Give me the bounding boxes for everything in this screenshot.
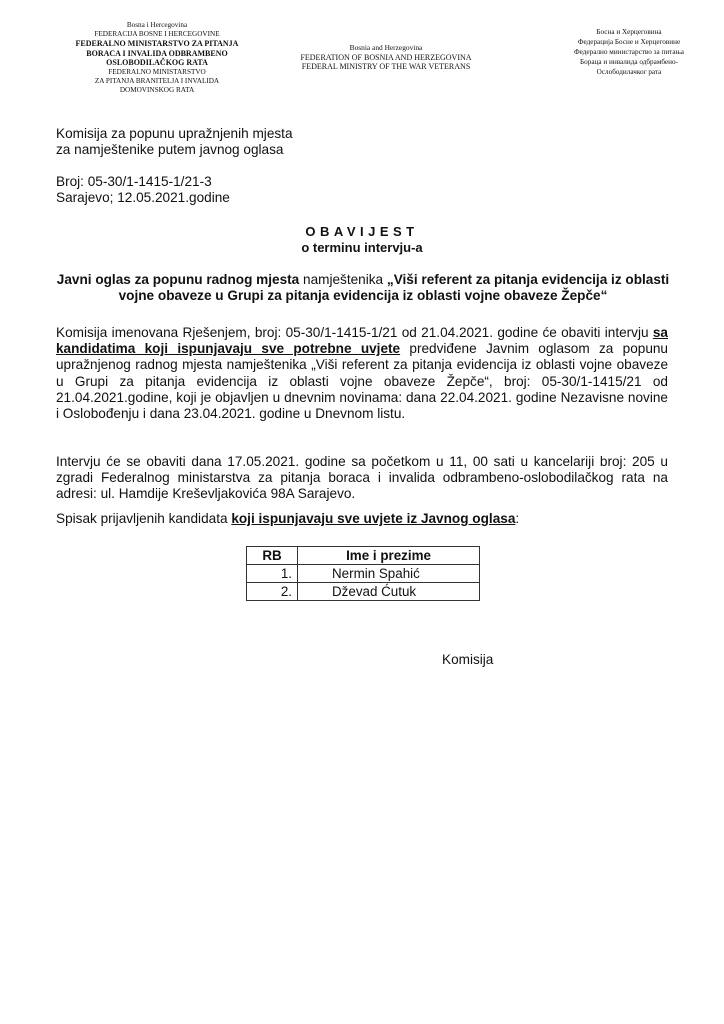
reference-block: Broj: 05-30/1-1415-1/21-3 Sarajevo; 12.0… bbox=[56, 174, 230, 206]
paragraph-announcement: Komisija imenovana Rješenjem, broj: 05-3… bbox=[56, 325, 668, 422]
committee-line: za namještenike putem javnog oglasa bbox=[56, 142, 293, 158]
title-sub: o terminu intervju-a bbox=[0, 240, 724, 256]
paragraph-text: : bbox=[515, 511, 519, 526]
signature: Komisija bbox=[442, 652, 493, 667]
committee-name: Komisija za popunu upražnjenih mjesta za… bbox=[56, 126, 293, 158]
letterhead-line: OSLOBODILAČKOG RATA bbox=[52, 58, 262, 68]
letterhead-right: Босна и Херцеговина Федерација Босне и Х… bbox=[548, 27, 710, 77]
place-date: Sarajevo; 12.05.2021.godine bbox=[56, 190, 230, 206]
cell-rb: 2. bbox=[247, 583, 298, 601]
letterhead-line: Федерално министарство за питања bbox=[548, 47, 710, 57]
subject-bold: Javni oglas za popunu radnog mjesta bbox=[57, 272, 299, 287]
paragraph-text: Spisak prijavljenih kandidata bbox=[56, 511, 231, 526]
letterhead-line: BORACA I INVALIDA ODBRAMBENO bbox=[52, 49, 262, 59]
table-row: 2. Dževad Ćutuk bbox=[247, 583, 480, 601]
letterhead-line: Босна и Херцеговина bbox=[548, 27, 710, 37]
letterhead-line: Bosna i Hercegovina bbox=[52, 21, 262, 30]
subject-plain: namještenika bbox=[299, 272, 387, 287]
title-main: OBAVIJEST bbox=[0, 224, 724, 240]
letterhead-line: FEDERACIJA BOSNE I HERCEGOVINE bbox=[52, 30, 262, 39]
paragraph-text: Komisija imenovana Rješenjem, broj: 05-3… bbox=[56, 325, 653, 340]
letterhead-line: FEDERALNO MINISTARSTVO bbox=[52, 68, 262, 77]
letterhead-line: FEDERATION OF BOSNIA AND HERZEGOVINA bbox=[276, 53, 496, 63]
column-header-name: Ime i prezime bbox=[298, 547, 480, 565]
paragraph-candidate-list-intro: Spisak prijavljenih kandidata koji ispun… bbox=[56, 511, 668, 527]
letterhead-line: Ослободилачког рата bbox=[548, 67, 710, 77]
reference-number: Broj: 05-30/1-1415-1/21-3 bbox=[56, 174, 230, 190]
letterhead-line: FEDERAL MINISTRY OF THE WAR VETERANS bbox=[276, 62, 496, 72]
document-title: OBAVIJEST o terminu intervju-a bbox=[0, 224, 724, 256]
table-header-row: RB Ime i prezime bbox=[247, 547, 480, 565]
committee-line: Komisija za popunu upražnjenih mjesta bbox=[56, 126, 293, 142]
subject-line: Javni oglas za popunu radnog mjesta namj… bbox=[56, 272, 670, 304]
table-row: 1. Nermin Spahić bbox=[247, 565, 480, 583]
letterhead-line: Бораца и инвалида одбрамбено- bbox=[548, 57, 710, 67]
letterhead-left: Bosna i Hercegovina FEDERACIJA BOSNE I H… bbox=[52, 21, 262, 95]
letterhead-middle: Bosnia and Herzegovina FEDERATION OF BOS… bbox=[276, 43, 496, 72]
letterhead-line: FEDERALNO MINISTARSTVO ZA PITANJA bbox=[52, 39, 262, 49]
column-header-rb: RB bbox=[247, 547, 298, 565]
paragraph-emphasis: koji ispunjavaju sve uvjete iz Javnog og… bbox=[231, 511, 515, 526]
cell-rb: 1. bbox=[247, 565, 298, 583]
letterhead-line: ZA PITANJA BRANITELJA I INVALIDA bbox=[52, 77, 262, 86]
cell-name: Nermin Spahić bbox=[298, 565, 480, 583]
paragraph-interview-details: Intervju će se obaviti dana 17.05.2021. … bbox=[56, 454, 668, 503]
candidates-table: RB Ime i prezime 1. Nermin Spahić 2. Dže… bbox=[246, 546, 480, 601]
letterhead-line: DOMOVINSKOG RATA bbox=[52, 86, 262, 95]
letterhead-line: Bosnia and Herzegovina bbox=[276, 43, 496, 53]
letterhead-line: Федерација Босне и Херцеговине bbox=[548, 37, 710, 47]
cell-name: Dževad Ćutuk bbox=[298, 583, 480, 601]
